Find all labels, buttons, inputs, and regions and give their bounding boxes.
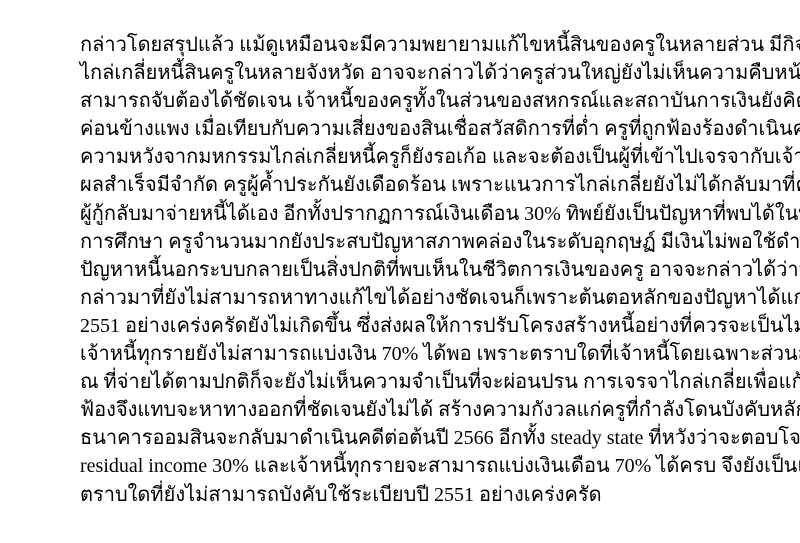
text-line: residual income 30% และเจ้าหนี้ทุกรายจะส…	[80, 452, 721, 480]
text-line: สามารถจับต้องได้ชัดเจน เจ้าหนี้ของครูทั้…	[80, 87, 721, 115]
text-line: 2551 อย่างเคร่งครัดยังไม่เกิดขึ้น ซึ่งส่…	[80, 312, 721, 340]
text-line: เจ้าหนี้ทุกรายยังไม่สามารถแบ่งเงิน 70% ไ…	[80, 340, 721, 368]
document-page: กล่าวโดยสรุปแล้ว แม้ดูเหมือนจะมีความพยาย…	[0, 0, 800, 543]
text-line: ปัญหาหนี้นอกระบบกลายเป็นสิ่งปกติที่พบเห็…	[80, 256, 721, 284]
text-line: ณ ที่จ่ายได้ตามปกติก็จะยังไม่เห็นความจำเ…	[80, 368, 721, 396]
text-line: กล่าวมาที่ยังไม่สามารถหาทางแก้ไขได้อย่าง…	[80, 284, 721, 312]
text-line: ฟ้องจึงแทบจะหาทางออกที่ชัดเจนยังไม่ได้ ส…	[80, 396, 721, 424]
text-line: ไกล่เกลี่ยหนี้สินครูในหลายจังหวัด อาจจะก…	[80, 59, 721, 87]
text-line: ความหวังจากมหกรรมไกล่เกลี่ยหนี้ครูก็ยังร…	[80, 143, 721, 171]
text-line: การศึกษา ครูจำนวนมากยังประสบปัญหาสภาพคล่…	[80, 228, 721, 256]
article-text: กล่าวโดยสรุปแล้ว แม้ดูเหมือนจะมีความพยาย…	[80, 31, 721, 509]
text-line: ผลสำเร็จมีจำกัด ครูผู้ค้ำประกันยังเดือดร…	[80, 171, 721, 199]
text-line: ธนาคารออมสินจะกลับมาดำเนินคดีต่อต้นปี 25…	[80, 424, 721, 452]
text-line: กล่าวโดยสรุปแล้ว แม้ดูเหมือนจะมีความพยาย…	[80, 31, 721, 59]
text-line: ค่อนข้างแพง เมื่อเทียบกับความเสี่ยงของสิ…	[80, 115, 721, 143]
text-line-last: ตราบใดที่ยังไม่สามารถบังคับใช้ระเบียบปี …	[80, 481, 721, 509]
text-line: ผู้กู้กลับมาจ่ายหนี้ได้เอง อีกทั้งปรากฏก…	[80, 200, 721, 228]
